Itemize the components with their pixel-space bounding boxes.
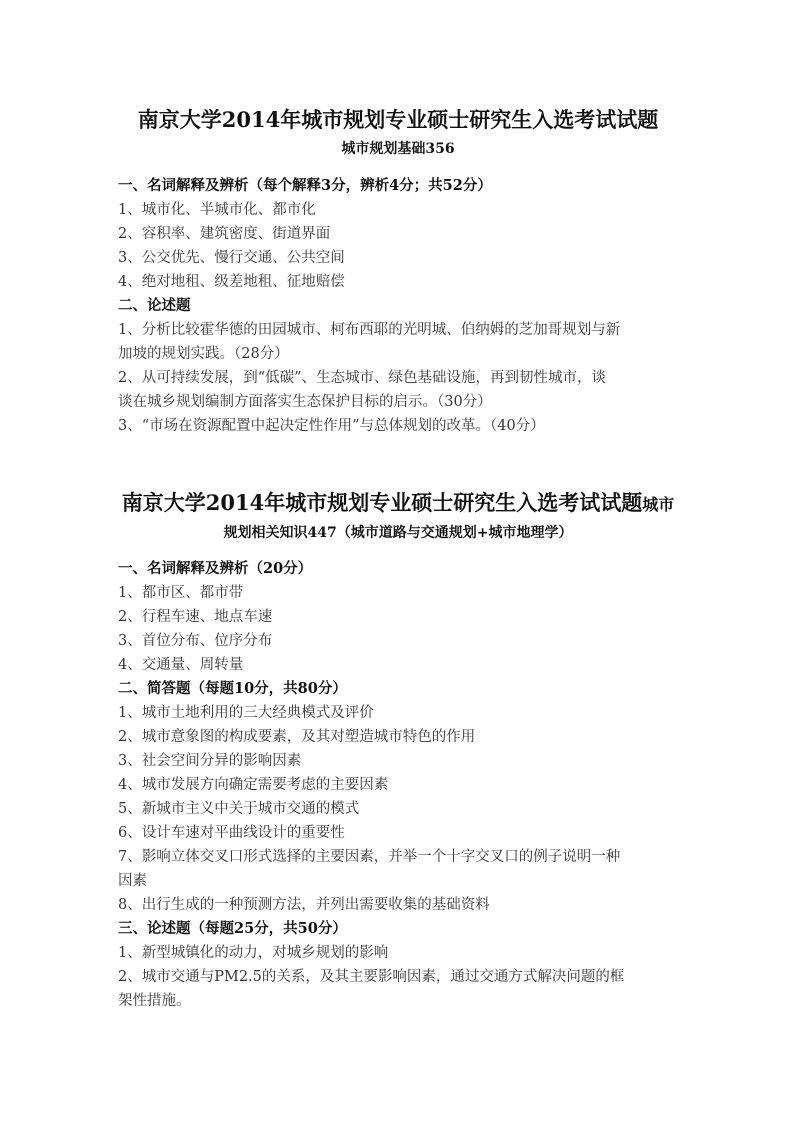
exam2-s2-item: 4、城市发展方向确定需要考虑的主要因素 (118, 773, 678, 797)
exam1-section2-heading: 二、论述题 (118, 294, 678, 318)
exam2-s2-item: 2、城市意象图的构成要素，及其对塑造城市特色的作用 (118, 725, 678, 749)
exam1-s1-item: 1、城市化、半城市化、都市化 (118, 198, 678, 222)
exam2-s3-item: 1、新型城镇化的动力，对城乡规划的影响 (118, 941, 678, 965)
exam2-s1-item: 4、交通量、周转量 (118, 653, 678, 677)
exam2-title-main: 南京大学2014年城市规划专业硕士研究生入选考试试题 (122, 490, 642, 515)
exam2-s2-item: 7、影响立体交叉口形式选择的主要因素，并举一个十字交叉口的例子说明一种 (118, 845, 678, 869)
exam2-section3-heading: 三、论述题（每题25分，共50分） (118, 917, 678, 941)
exam2-title: 南京大学2014年城市规划专业硕士研究生入选考试试题城市 (118, 487, 678, 517)
exam1-s1-item: 4、绝对地租、级差地租、征地赔偿 (118, 270, 678, 294)
exam2-s1-item: 3、首位分布、位序分布 (118, 629, 678, 653)
exam2-title-suffix: 城市 (642, 495, 674, 514)
exam2-s3-item: 2、城市交通与PM2.5的关系，及其主要影响因素，通过交通方式解决问题的框 (118, 965, 678, 989)
exam1-s1-item: 3、公交优先、慢行交通、公共空间 (118, 246, 678, 270)
exam1-s2-item: 2、从可持续发展，到“低碳”、生态城市、绿色基础设施，再到韧性城市，谈 (118, 366, 678, 390)
exam2-section1-heading: 一、名词解释及辨析（20分） (118, 557, 678, 581)
exam1-subtitle: 城市规划基础356 (118, 138, 678, 158)
exam2-s2-item: 5、新城市主义中关于城市交通的模式 (118, 797, 678, 821)
exam2-s2-item: 8、出行生成的一种预测方法，并列出需要收集的基础资料 (118, 893, 678, 917)
exam2-s2-item: 1、城市土地利用的三大经典模式及评价 (118, 701, 678, 725)
exam1-s1-item: 2、容积率、建筑密度、街道界面 (118, 222, 678, 246)
exam1-title: 南京大学2014年城市规划专业硕士研究生入选考试试题 (118, 104, 678, 134)
exam2-s2-item: 6、设计车速对平曲线设计的重要性 (118, 821, 678, 845)
exam1-s2-item: 加坡的规划实践。（28分） (118, 342, 678, 366)
exam1-s2-item: 1、分析比较霍华德的田园城市、柯布西耶的光明城、伯纳姆的芝加哥规划与新 (118, 318, 678, 342)
exam2-s2-item: 3、社会空间分异的影响因素 (118, 749, 678, 773)
exam1-s2-item: 3、“市场在资源配置中起决定性作用”与总体规划的改革。（40分） (118, 414, 678, 438)
exam2-s3-item: 架性措施。 (118, 989, 678, 1013)
exam2-subtitle: 规划相关知识447（城市道路与交通规划+城市地理学） (118, 522, 678, 542)
exam1-section1-heading: 一、名词解释及辨析（每个解释3分，辨析4分；共52分） (118, 174, 678, 198)
exam1-s2-item: 谈在城乡规划编制方面落实生态保护目标的启示。（30分） (118, 390, 678, 414)
exam2-s2-item: 因素 (118, 869, 678, 893)
exam2-s1-item: 1、都市区、都市带 (118, 581, 678, 605)
exam2-s1-item: 2、行程车速、地点车速 (118, 605, 678, 629)
exam2-section2-heading: 二、简答题（每题10分，共80分） (118, 677, 678, 701)
